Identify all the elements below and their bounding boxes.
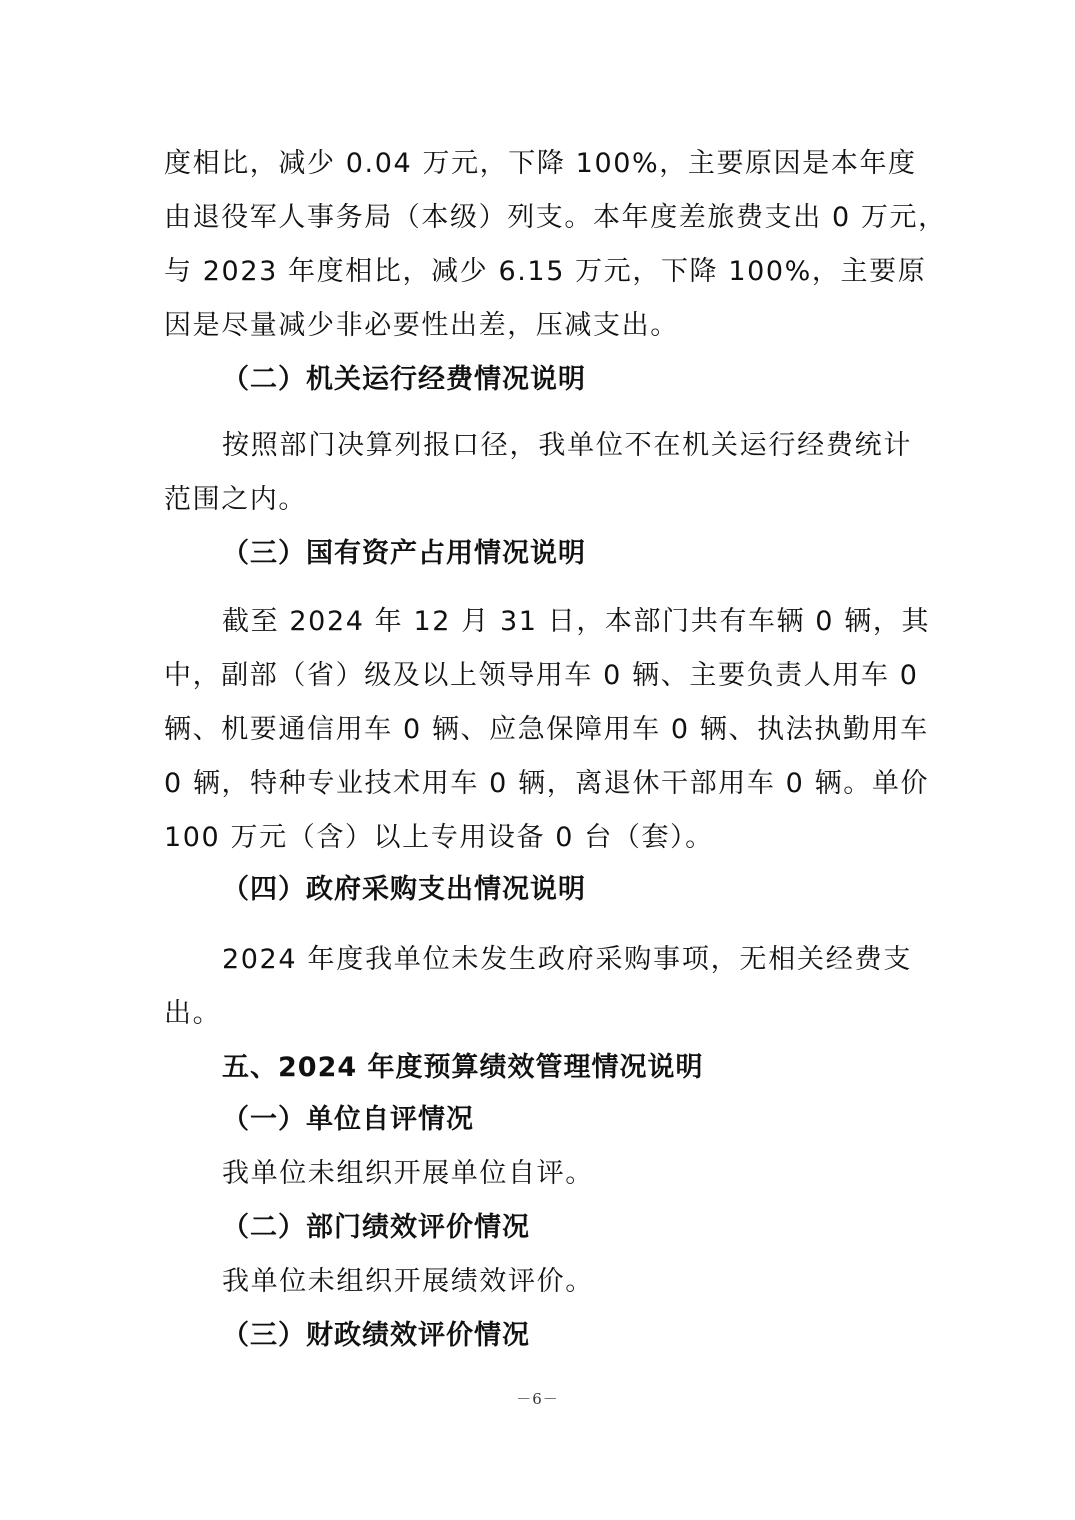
- body-text-line: 由退役军人事务局（本级）列支。本年度差旅费支出 0 万元，: [164, 200, 912, 236]
- chapter-heading: 五、2024 年度预算绩效管理情况说明: [222, 1050, 982, 1086]
- body-text-line: 截至 2024 年 12 月 31 日，本部门共有车辆 0 辆，其: [222, 604, 912, 640]
- section-heading: （四）政府采购支出情况说明: [222, 872, 982, 908]
- body-text-line: 2024 年度我单位未发生政府采购事项，无相关经费支: [222, 942, 912, 978]
- subsection-heading: （三）财政绩效评价情况: [222, 1318, 982, 1354]
- body-text-line: 100 万元（含）以上专用设备 0 台（套）。: [164, 820, 924, 856]
- document-page: 度相比，减少 0.04 万元，下降 100%，主要原因是本年度 由退役军人事务局…: [0, 0, 1075, 1520]
- body-text-line: 与 2023 年度相比，减少 6.15 万元，下降 100%，主要原: [164, 254, 912, 290]
- body-text-line: 度相比，减少 0.04 万元，下降 100%，主要原因是本年度: [164, 146, 912, 182]
- subsection-heading: （二）部门绩效评价情况: [222, 1210, 982, 1246]
- section-heading: （二）机关运行经费情况说明: [222, 362, 982, 398]
- body-text-line: 我单位未组织开展绩效评价。: [222, 1264, 982, 1300]
- subsection-heading: （一）单位自评情况: [222, 1102, 982, 1138]
- body-text-line: 按照部门决算列报口径，我单位不在机关运行经费统计: [222, 428, 912, 464]
- body-text-line: 辆、机要通信用车 0 辆、应急保障用车 0 辆、执法执勤用车: [164, 712, 912, 748]
- section-heading: （三）国有资产占用情况说明: [222, 536, 982, 572]
- page-number: －6－: [0, 1388, 1075, 1409]
- body-text-line: 0 辆，特种专业技术用车 0 辆，离退休干部用车 0 辆。单价: [164, 766, 912, 802]
- body-text-line: 范围之内。: [164, 482, 924, 518]
- body-text-line: 我单位未组织开展单位自评。: [222, 1156, 982, 1192]
- body-text-line: 中，副部（省）级及以上领导用车 0 辆、主要负责人用车 0: [164, 658, 912, 694]
- body-text-line: 因是尽量减少非必要性出差，压减支出。: [164, 308, 924, 344]
- body-text-line: 出。: [164, 996, 924, 1032]
